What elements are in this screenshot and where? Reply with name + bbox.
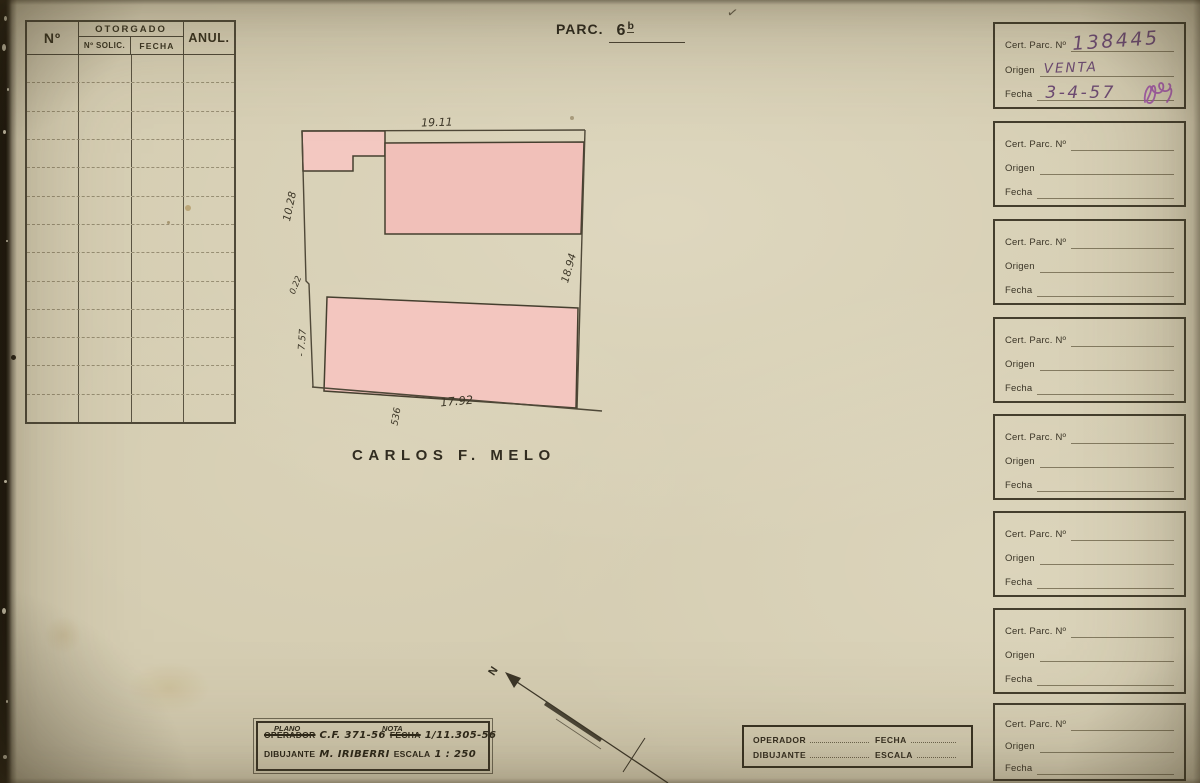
table-cell — [184, 310, 234, 337]
table-cell — [79, 395, 132, 422]
fecha-label: Fecha — [1005, 577, 1032, 589]
building-top-right — [385, 142, 584, 234]
table-cell — [132, 310, 184, 337]
origen-handwritten: VENTA — [1043, 59, 1098, 77]
fecha-handwritten: 3-4-57 — [1045, 83, 1116, 103]
table-row — [27, 55, 234, 82]
table-cell — [79, 83, 132, 110]
origen-label: Origen — [1005, 261, 1035, 273]
table-row — [27, 281, 234, 309]
table-cell — [184, 225, 234, 252]
table-row — [27, 196, 234, 224]
table-cell — [79, 55, 132, 82]
table-cell — [27, 168, 79, 195]
table-row — [27, 167, 234, 195]
cert-no-label: Cert. Parc. Nº — [1005, 237, 1066, 249]
cert-no-line — [1071, 324, 1174, 347]
table-row — [27, 224, 234, 252]
north-label: N — [486, 665, 500, 678]
north-arrow: N — [478, 652, 690, 783]
table-row — [27, 394, 234, 422]
table-cell — [27, 83, 79, 110]
dimension-top: 19.11 — [421, 115, 453, 129]
origen-line — [1040, 250, 1174, 273]
column-header-otorgado: OTORGADO — [79, 22, 183, 37]
nota-number-value: 1/11.305-56 — [425, 730, 497, 741]
dibujante-value: M. IRIBERRI — [319, 749, 389, 760]
dibujante-label: DIBUJANTE — [264, 749, 315, 759]
table-cell — [79, 112, 132, 139]
fecha-line: 3-4-57 — [1037, 78, 1174, 101]
parcel-number: 6 — [617, 22, 626, 39]
fecha-label: Fecha — [1005, 383, 1032, 395]
cert-no-line — [1071, 128, 1174, 151]
cert-box-3: Cert. Parc. Nº Origen Fecha — [993, 219, 1186, 305]
plano-info-row-1: PLANO NOTA OPERADOR C.F. 371-56 FECHA 1/… — [258, 730, 488, 741]
cert-box-8: Cert. Parc. Nº Origen Fecha — [993, 703, 1186, 781]
table-cell — [132, 55, 184, 82]
table-cell — [27, 197, 79, 224]
table-cell — [132, 395, 184, 422]
scan-edge-strip — [0, 0, 17, 783]
table-cell — [27, 395, 79, 422]
nota-correction: NOTA — [382, 724, 403, 733]
stamp-fecha-line — [911, 733, 956, 743]
fecha-label: Fecha — [1005, 674, 1032, 686]
table-cell — [184, 112, 234, 139]
table-cell — [184, 338, 234, 365]
table-cell — [132, 282, 184, 309]
building-top-left — [302, 131, 385, 171]
paper-stain — [128, 662, 210, 714]
table-row — [27, 337, 234, 365]
fecha-line — [1037, 176, 1174, 199]
table-cell — [79, 197, 132, 224]
table-cell — [132, 112, 184, 139]
lot-number: 536 — [390, 407, 404, 427]
north-arrow-shaft-thick — [544, 702, 602, 742]
fecha-line — [1037, 566, 1174, 589]
fecha-line — [1037, 663, 1174, 686]
owner-name: CARLOS F. MELO — [352, 447, 556, 464]
plano-correction: PLANO — [274, 724, 300, 733]
table-cell — [184, 197, 234, 224]
table-cell — [79, 282, 132, 309]
table-cell — [184, 168, 234, 195]
request-table-header: Nº OTORGADO Nº SOLIC. FECHA ANUL. — [27, 22, 234, 55]
cert-no-line: 138445 — [1071, 29, 1174, 52]
table-cell — [27, 310, 79, 337]
escala-label: ESCALA — [394, 749, 431, 759]
origen-line — [1040, 348, 1174, 371]
stamp-box: OPERADOR FECHA DIBUJANTE ESCALA — [742, 725, 973, 768]
north-arrow-shaft — [511, 678, 668, 783]
origen-label: Origen — [1005, 65, 1035, 77]
origen-label: Origen — [1005, 359, 1035, 371]
table-row — [27, 309, 234, 337]
cert-no-line — [1071, 421, 1174, 444]
table-cell — [27, 253, 79, 280]
table-cell — [132, 366, 184, 393]
dimension-right: 18.94 — [559, 252, 579, 284]
origen-line — [1040, 542, 1174, 565]
dimension-bottom: 17.92 — [440, 393, 474, 410]
scanned-cadastral-card: Nº OTORGADO Nº SOLIC. FECHA ANUL. PARC.6… — [0, 0, 1200, 783]
table-cell — [184, 282, 234, 309]
parcel-number-field: 6b — [609, 22, 685, 43]
dimension-left: 10.28 — [281, 190, 299, 222]
stamp-operador-label: OPERADOR — [753, 735, 806, 745]
table-cell — [79, 253, 132, 280]
table-cell — [27, 338, 79, 365]
cert-no-line — [1071, 615, 1174, 638]
origen-label: Origen — [1005, 741, 1035, 753]
origen-line — [1040, 152, 1174, 175]
origen-line — [1040, 445, 1174, 468]
table-cell — [79, 225, 132, 252]
origen-label: Origen — [1005, 650, 1035, 662]
origen-label: Origen — [1005, 456, 1035, 468]
fecha-label: Fecha — [1005, 285, 1032, 297]
parcel-label: PARC. — [556, 21, 604, 37]
paper-stain — [44, 616, 82, 654]
table-cell — [27, 112, 79, 139]
origen-label: Origen — [1005, 553, 1035, 565]
fecha-line — [1037, 469, 1174, 492]
table-cell — [79, 338, 132, 365]
origen-line — [1040, 639, 1174, 662]
cert-no-label: Cert. Parc. Nº — [1005, 40, 1066, 52]
table-cell — [184, 366, 234, 393]
escala-value: 1 : 250 — [434, 749, 476, 760]
signature-scribble — [1140, 78, 1176, 106]
parcel-header: PARC.6b — [556, 21, 685, 42]
dimension-left-lower: - 7.57 — [296, 329, 309, 357]
table-cell — [27, 140, 79, 167]
fecha-label: Fecha — [1005, 187, 1032, 199]
fecha-label: Fecha — [1005, 480, 1032, 492]
origen-line — [1040, 730, 1174, 753]
fecha-line — [1037, 274, 1174, 297]
fecha-line — [1037, 752, 1174, 775]
column-group-otorgado: OTORGADO Nº SOLIC. FECHA — [79, 22, 184, 54]
stamp-fecha-label: FECHA — [875, 735, 907, 745]
table-row — [27, 252, 234, 280]
table-cell — [79, 310, 132, 337]
cert-box-6: Cert. Parc. Nº Origen Fecha — [993, 511, 1186, 597]
cert-no-label: Cert. Parc. Nº — [1005, 626, 1066, 638]
column-header-anul: ANUL. — [184, 22, 234, 54]
cert-box-5: Cert. Parc. Nº Origen Fecha — [993, 414, 1186, 500]
cert-box-4: Cert. Parc. Nº Origen Fecha — [993, 317, 1186, 403]
cert-no-line — [1071, 518, 1174, 541]
parcel-number-suffix: b — [627, 20, 633, 33]
north-arrowhead — [505, 672, 521, 688]
table-cell — [79, 140, 132, 167]
boundary-top — [302, 130, 585, 131]
stamp-dibujante-label: DIBUJANTE — [753, 750, 806, 760]
table-cell — [184, 253, 234, 280]
checkmark-pen-tick: ✓ — [725, 4, 739, 22]
cert-no-line — [1071, 708, 1174, 731]
table-cell — [132, 140, 184, 167]
table-cell — [27, 55, 79, 82]
cert-no-label: Cert. Parc. Nº — [1005, 139, 1066, 151]
table-cell — [132, 338, 184, 365]
table-cell — [27, 366, 79, 393]
parcel-plan-drawing: 19.11 10.28 0.22 - 7.57 18.94 17.92 536 — [270, 98, 620, 443]
stamp-operador-line — [810, 733, 869, 743]
table-row — [27, 82, 234, 110]
stamp-dibujante-line — [810, 748, 869, 758]
table-cell — [79, 366, 132, 393]
request-table-body — [27, 55, 234, 422]
plano-info-row-2: DIBUJANTE M. IRIBERRI ESCALA 1 : 250 — [258, 749, 488, 760]
table-cell — [27, 282, 79, 309]
cert-box-1: Cert. Parc. Nº 138445 Origen VENTA Fecha… — [993, 22, 1186, 109]
table-cell — [184, 395, 234, 422]
plano-number-value: C.F. 371-56 — [320, 730, 386, 741]
stamp-escala-line — [917, 748, 956, 758]
cert-no-label: Cert. Parc. Nº — [1005, 335, 1066, 347]
origen-line: VENTA — [1040, 54, 1174, 77]
stamp-escala-label: ESCALA — [875, 750, 913, 760]
table-row — [27, 111, 234, 139]
stamp-box-row-1: OPERADOR FECHA — [753, 733, 962, 745]
table-row — [27, 365, 234, 393]
table-cell — [184, 140, 234, 167]
cert-box-2: Cert. Parc. Nº Origen Fecha — [993, 121, 1186, 207]
cert-no-label: Cert. Parc. Nº — [1005, 529, 1066, 541]
table-cell — [79, 168, 132, 195]
fecha-label: Fecha — [1005, 89, 1032, 101]
column-header-fecha: FECHA — [131, 37, 183, 54]
cert-no-label: Cert. Parc. Nº — [1005, 432, 1066, 444]
cert-box-7: Cert. Parc. Nº Origen Fecha — [993, 608, 1186, 694]
origen-label: Origen — [1005, 163, 1035, 175]
table-cell — [132, 225, 184, 252]
table-row — [27, 139, 234, 167]
table-cell — [132, 253, 184, 280]
plano-info-box: PLANO NOTA OPERADOR C.F. 371-56 FECHA 1/… — [256, 721, 490, 771]
fecha-line — [1037, 372, 1174, 395]
table-cell — [27, 225, 79, 252]
column-header-solic: Nº SOLIC. — [79, 37, 131, 54]
request-table: Nº OTORGADO Nº SOLIC. FECHA ANUL. — [25, 20, 236, 424]
table-cell — [184, 55, 234, 82]
table-cell — [184, 83, 234, 110]
table-cell — [132, 83, 184, 110]
column-header-no: Nº — [27, 22, 79, 54]
table-cell — [132, 168, 184, 195]
table-cell — [132, 197, 184, 224]
fecha-label: Fecha — [1005, 763, 1032, 775]
cert-no-line — [1071, 226, 1174, 249]
stamp-box-row-2: DIBUJANTE ESCALA — [753, 748, 962, 760]
cert-number-handwritten: 138445 — [1072, 27, 1161, 55]
dimension-left-step: 0.22 — [288, 275, 304, 296]
